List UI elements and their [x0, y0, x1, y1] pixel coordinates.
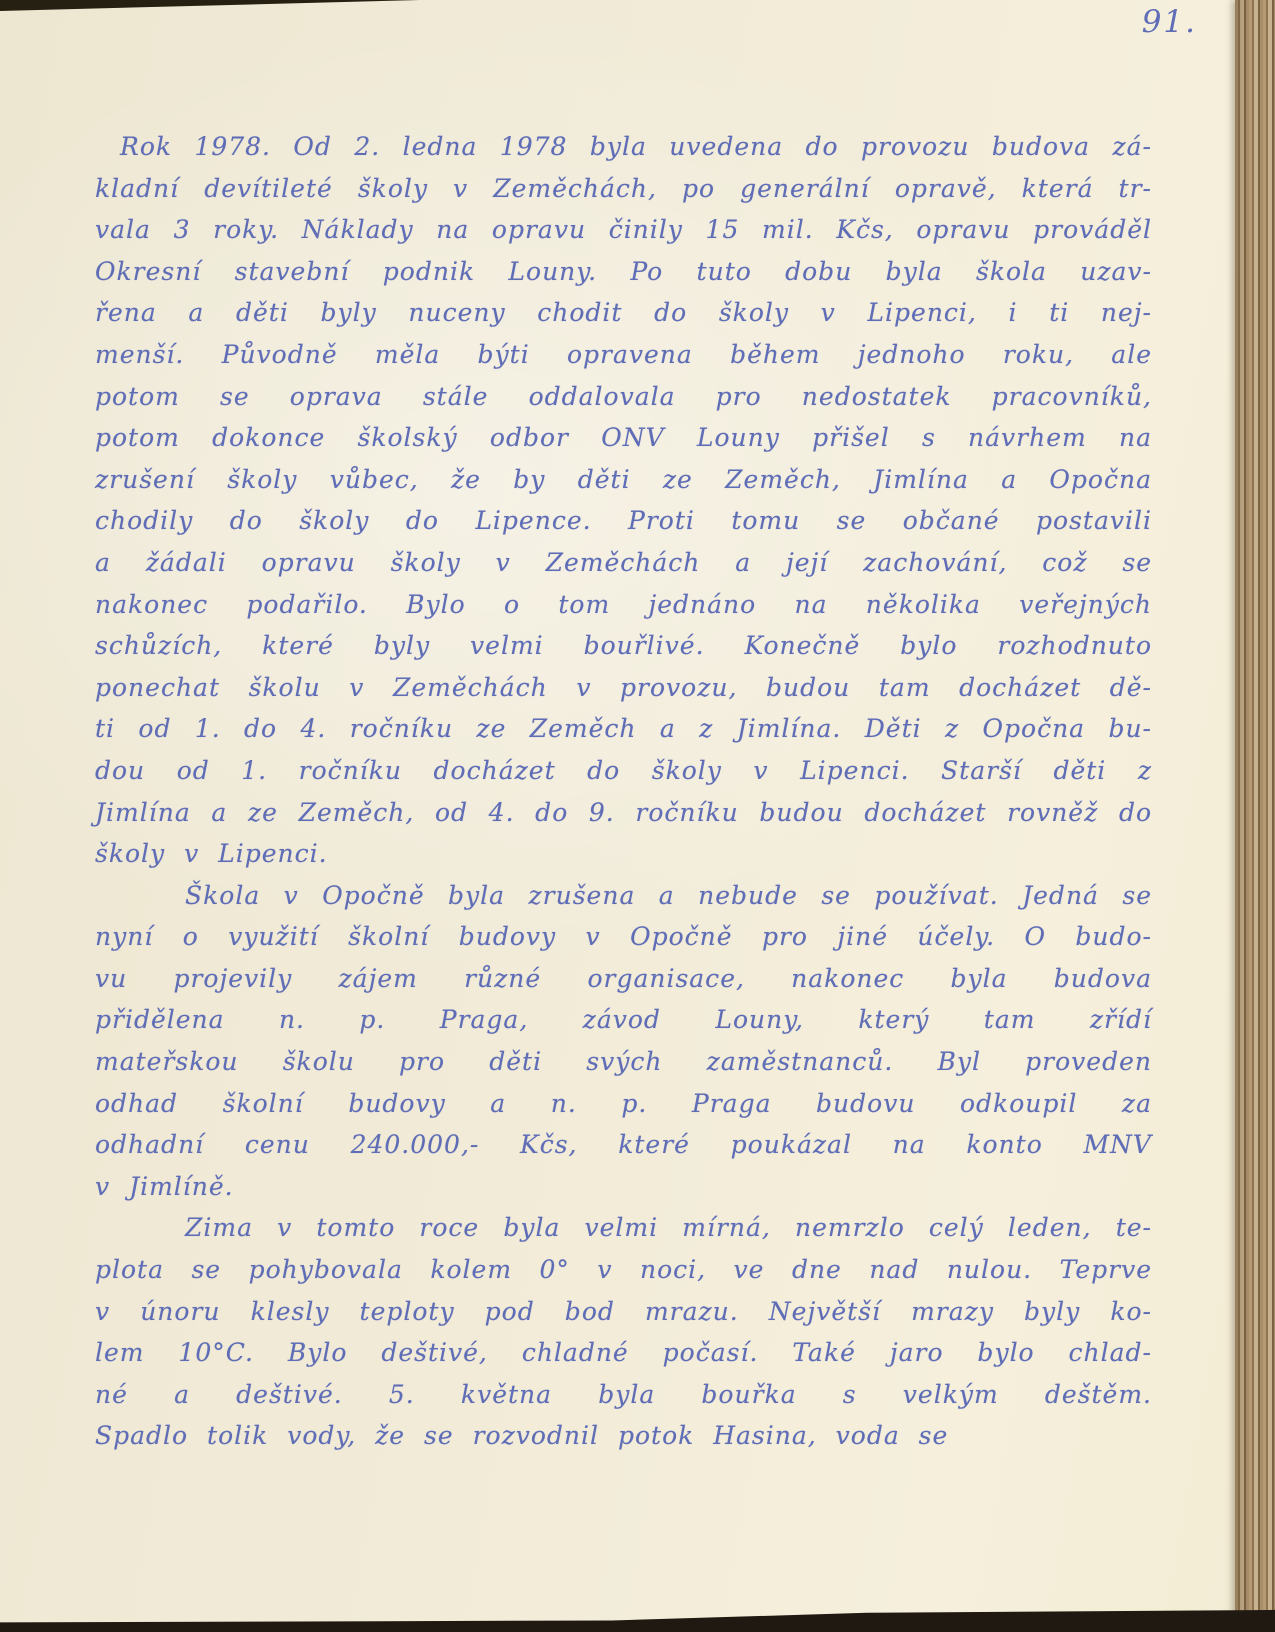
handwritten-line: řena a děti byly nuceny chodit do školy …: [95, 292, 1152, 334]
handwritten-line: nyní o využití školní budovy v Opočně pr…: [95, 916, 1152, 958]
handwritten-line: Spadlo tolik vody, že se rozvodnil potok…: [95, 1415, 1152, 1457]
page-bottom-shadow: [0, 1608, 1275, 1632]
page-number: 91.: [1142, 4, 1197, 40]
handwritten-text-block: Rok 1978. Od 2. ledna 1978 byla uvedena …: [95, 126, 1152, 1457]
handwritten-line: potom se oprava stále oddalovala pro ned…: [95, 376, 1152, 418]
handwritten-line: schůzích, které byly velmi bouřlivé. Kon…: [95, 625, 1152, 667]
handwritten-line: nakonec podařilo. Bylo o tom jednáno na …: [95, 584, 1152, 626]
handwritten-line: potom dokonce školský odbor ONV Louny př…: [95, 417, 1152, 459]
handwritten-line: lem 10°C. Bylo deštivé, chladné počasí. …: [95, 1332, 1152, 1374]
handwritten-line: Rok 1978. Od 2. ledna 1978 byla uvedena …: [95, 126, 1152, 168]
handwritten-line: Zima v tomto roce byla velmi mírná, nemr…: [95, 1207, 1152, 1249]
handwritten-line: vu projevily zájem různé organisace, nak…: [95, 958, 1152, 1000]
handwritten-line: chodily do školy do Lipence. Proti tomu …: [95, 500, 1152, 542]
handwritten-line: kladní devítileté školy v Zeměchách, po …: [95, 168, 1152, 210]
handwritten-line: v únoru klesly teploty pod bod mrazu. Ne…: [95, 1291, 1152, 1333]
book-page-edges: [1235, 0, 1275, 1632]
handwritten-line: né a deštivé. 5. května byla bouřka s ve…: [95, 1374, 1152, 1416]
chronicle-page-scan: 91. Rok 1978. Od 2. ledna 1978 byla uved…: [0, 0, 1275, 1632]
handwritten-line: vala 3 roky. Náklady na opravu činily 15…: [95, 209, 1152, 251]
handwritten-line: školy v Lipenci.: [95, 833, 1152, 875]
handwritten-line: a žádali opravu školy v Zeměchách a její…: [95, 542, 1152, 584]
handwritten-line: plota se pohybovala kolem 0° v noci, ve …: [95, 1249, 1152, 1291]
handwritten-line: zrušení školy vůbec, že by děti ze Zeměc…: [95, 459, 1152, 501]
handwritten-line: mateřskou školu pro děti svých zaměstnan…: [95, 1041, 1152, 1083]
handwritten-line: v Jimlíně.: [95, 1166, 1152, 1208]
handwritten-line: přidělena n. p. Praga, závod Louny, kter…: [95, 999, 1152, 1041]
handwritten-line: odhad školní budovy a n. p. Praga budovu…: [95, 1083, 1152, 1125]
handwritten-line: odhadní cenu 240.000,- Kčs, které poukáz…: [95, 1124, 1152, 1166]
handwritten-line: ponechat školu v Zeměchách v provozu, bu…: [95, 667, 1152, 709]
handwritten-line: ti od 1. do 4. ročníku ze Zeměch a z Jim…: [95, 708, 1152, 750]
handwritten-line: Jimlína a ze Zeměch, od 4. do 9. ročníku…: [95, 792, 1152, 834]
handwritten-line: Škola v Opočně byla zrušena a nebude se …: [95, 875, 1152, 917]
handwritten-line: Okresní stavební podnik Louny. Po tuto d…: [95, 251, 1152, 293]
scan-corner-shadow: [0, 0, 420, 11]
handwritten-line: dou od 1. ročníku docházet do školy v Li…: [95, 750, 1152, 792]
handwritten-line: menší. Původně měla býti opravena během …: [95, 334, 1152, 376]
